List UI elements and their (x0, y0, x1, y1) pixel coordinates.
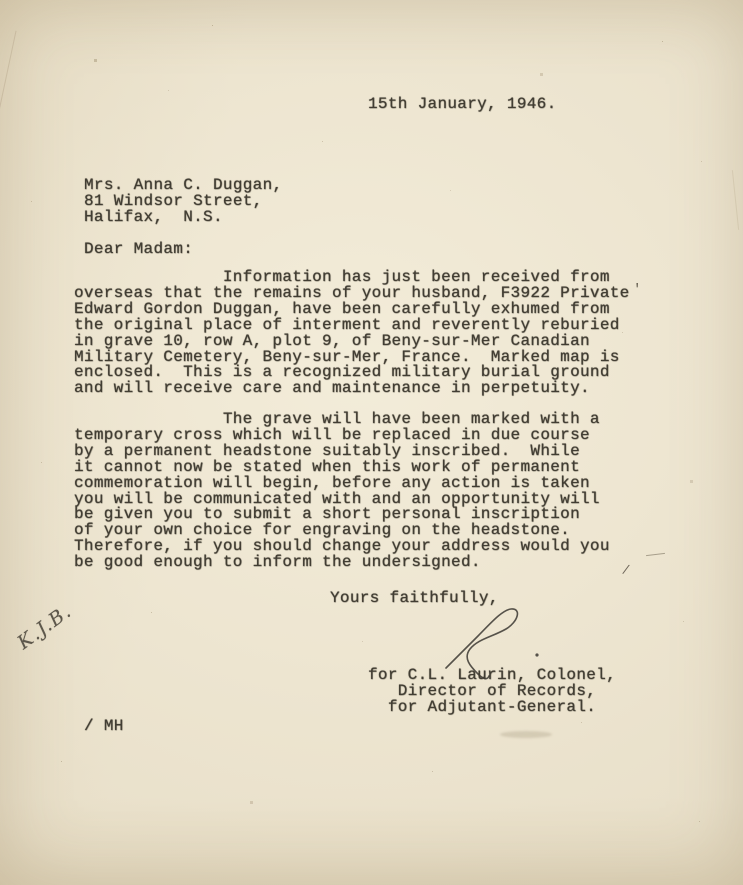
typist-initials: / MH (84, 719, 124, 735)
stray-mark (500, 731, 552, 738)
letter-page: 15th January, 1946. Mrs. Anna C. Duggan,… (0, 0, 743, 885)
paper-specks (0, 0, 1, 1)
stray-mark: ' (633, 284, 641, 297)
date-line: 15th January, 1946. (368, 97, 557, 113)
stray-mark: / (621, 564, 631, 578)
body-paragraph-1: Information has just been received from … (74, 270, 630, 397)
recipient-address: Mrs. Anna C. Duggan, 81 Windsor Street, … (84, 178, 282, 226)
paper-crease (732, 170, 739, 230)
body-paragraph-2: The grave will have been marked with a t… (74, 412, 610, 571)
paper-crease (0, 31, 17, 111)
salutation: Dear Madam: (84, 242, 193, 258)
margin-initials-handwritten: K.J.B. (13, 600, 76, 654)
signature-block: for C.L. Laurin, Colonel, Director of Re… (368, 668, 616, 716)
stray-mark (646, 553, 665, 556)
